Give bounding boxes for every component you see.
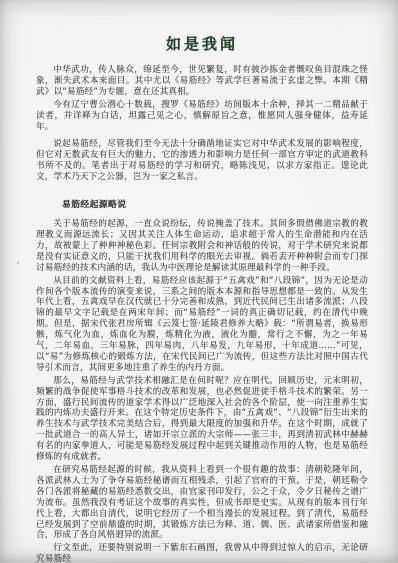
scanned-book-page: 如是我闻 中华武功，传人脉众，绵延至今，世见繁复，时有披沙拣金者慨叹鱼目混珠之怪… <box>0 0 398 563</box>
section-heading: 易筋经起源略说 <box>36 197 368 210</box>
scanned-page-viewport: 如是我闻 中华武功，传人脉众，绵延至今，世见繁复，时有披沙拣金者慨叹鱼目混珠之怪… <box>0 0 398 563</box>
intro-paragraph-3: 说起易筋经，尽管我们至今无法十分确凿地证实它对中华武术发展的影响程度，但它对无数… <box>36 139 368 183</box>
body-paragraph-1: 关于易筋经的起源，一直众说纷纭，传说掩盖了技术。其间多假借佛道宗教的教理教义而源… <box>36 219 368 274</box>
body-paragraph-4: 在研究易筋经起源的时候，我从资料上看到一个很有趣的故事：清朝乾隆年间，各派武林人… <box>36 465 368 541</box>
intro-paragraph-1: 中华武功，传人脉众，绵延至今，世见繁复，时有披沙拣金者慨叹鱼目混珠之怪象，渐失武… <box>36 65 368 98</box>
intro-paragraph-2: 今有辽宁曹公潜心十数载，搜罗《易筋经》坊间版本十余种，择其一二精品献于读者，并详… <box>36 100 368 133</box>
scan-speck <box>383 118 385 119</box>
scan-speck <box>205 549 207 550</box>
body-paragraph-3: 那么，易筋经与武学技术相融汇是在何时呢？应在明代。回顾历史，元末明初，频繁的战争… <box>36 376 368 463</box>
scan-speck <box>9 449 10 451</box>
page-title: 如是我闻 <box>36 33 368 54</box>
scan-speck <box>17 262 19 264</box>
body-paragraph-5-cutoff: 行文至此，还要特别说明一下紫东石画图，我曾从中得到过惊人的启示，无论研究易筋经 <box>36 543 368 563</box>
body-paragraph-2: 从目前的文献资料上看，易筋经应该起源于“五禽戏”和“八段锦”，因为无论是动作间各… <box>36 276 368 374</box>
